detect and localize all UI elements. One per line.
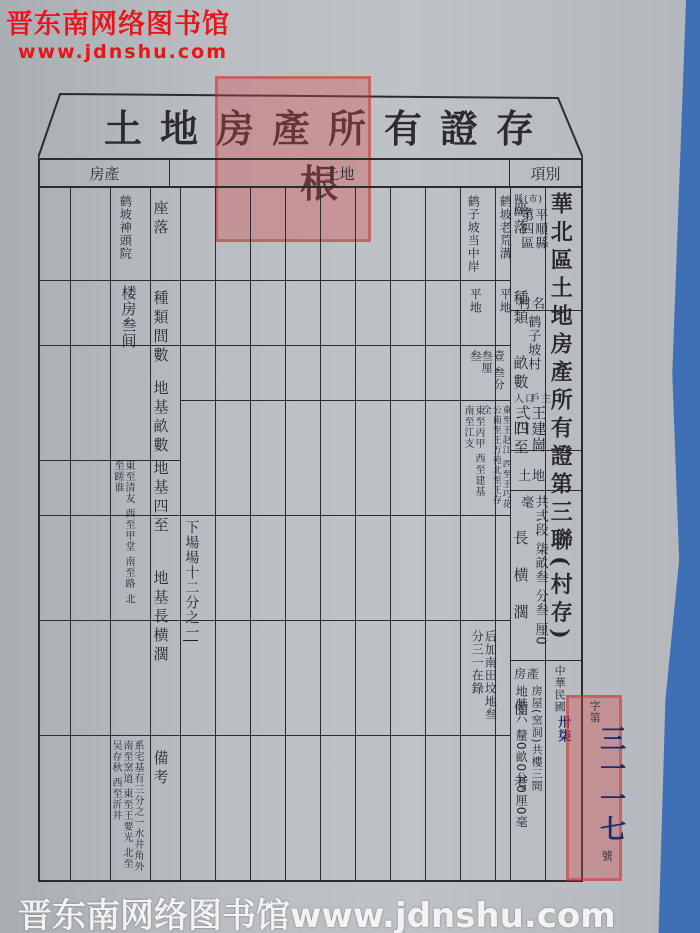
date-prefix: 中華民國 bbox=[553, 665, 565, 713]
village-value: 鹤子坡村 bbox=[525, 315, 539, 371]
side-title: 華北區土地房產所有證第三聯(村存) bbox=[548, 192, 572, 662]
people-value: 弍口 bbox=[514, 405, 531, 437]
land-entry-1-type: 平地 bbox=[468, 288, 481, 314]
header-house-label: 房產 bbox=[89, 163, 119, 184]
house-total-label: 房產 bbox=[514, 665, 540, 682]
house-dims-label: 地基長横濶 bbox=[152, 570, 169, 665]
certificate-table: 房產 土地 項別 座落 種類間數 地基畝數 地基四至 地基長横濶 備考 鹤坡神頭… bbox=[38, 158, 583, 882]
house-total-value: 房屋(窯洞)共樓三間 bbox=[530, 685, 542, 880]
header-land: 土地 bbox=[170, 160, 510, 188]
village-label: 村名 bbox=[518, 293, 546, 312]
watermark-top: 晋东南网络图书馆 www.jdnshu.com bbox=[6, 2, 230, 63]
cert-number-suffix: 號 bbox=[600, 850, 612, 862]
house-base-value: 地基六 釐0畝0分0厘0毫 bbox=[514, 685, 527, 880]
land-entry-2-type: 平地 bbox=[498, 288, 511, 314]
cert-number: 三一一七 bbox=[596, 725, 625, 845]
land-entry-2-location: 鹤坡老荒溝 bbox=[498, 195, 511, 260]
watermark-title: 晋东南网络图书馆 bbox=[6, 2, 230, 41]
header-item: 項別 bbox=[510, 160, 581, 188]
land-entry-2-notes: 后加南田坟地叁分三一在錄 bbox=[470, 630, 496, 730]
house-location-label: 座落 bbox=[152, 200, 169, 238]
land-entry-2-acreage: 壹 叁分 叁厘 bbox=[480, 350, 504, 400]
land-total-value: 共弍段 柒畝叁 分叁 厘0 毫 bbox=[518, 495, 547, 660]
extra-note: 下場場十二分之一 bbox=[183, 520, 198, 641]
house-type-label: 種類間數 bbox=[152, 290, 169, 366]
header-land-label: 土地 bbox=[324, 163, 354, 184]
house-bounds-label: 地基四至 bbox=[152, 460, 169, 536]
house-base-acreage-label: 地基畝數 bbox=[152, 380, 169, 456]
header-house: 房產 bbox=[40, 160, 170, 188]
land-entry-1-location: 鹤子坡当中岸 bbox=[466, 195, 479, 273]
head-value: 王建崗 bbox=[530, 405, 547, 453]
house-bounds-value: 東至清友 西至甲堂 南至路 北至蹉谁 bbox=[112, 460, 134, 610]
district-value: 第四區 bbox=[518, 208, 532, 250]
land-total-label: 土地 bbox=[518, 465, 546, 484]
house-location-value: 鹤坡神頭院 bbox=[118, 195, 131, 260]
house-notes-label: 備考 bbox=[152, 750, 169, 788]
cert-number-prefix: 字第 bbox=[588, 700, 600, 724]
house-notes-value: 系宅基有三分之一水井角外 南至窯道 東至王要光 北至吴存秋 西至沂井 bbox=[110, 740, 143, 880]
county-value: 平順縣 bbox=[532, 208, 546, 250]
header-item-label: 項別 bbox=[530, 163, 560, 184]
watermark-bottom: 晋东南网络图书馆www.jdnshu.com bbox=[18, 888, 616, 933]
house-type-value: 楼房叁间 bbox=[120, 285, 137, 349]
land-entry-2-bounds: 東至王赵江 西至王巧花 公南至王万苑北至王存全 bbox=[480, 405, 510, 510]
watermark-url: www.jdnshu.com bbox=[18, 41, 230, 63]
